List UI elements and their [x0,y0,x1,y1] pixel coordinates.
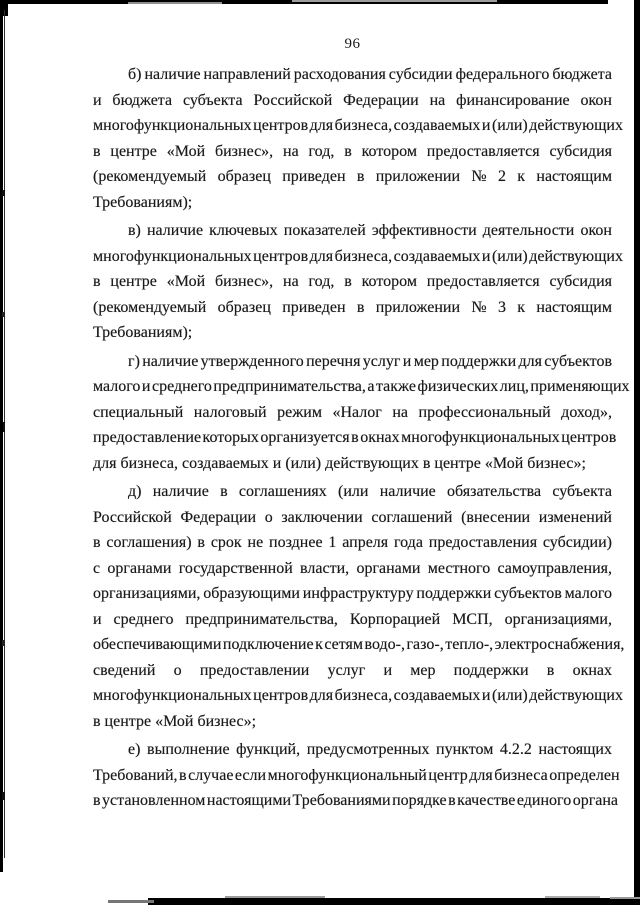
scan-artifact [108,900,154,903]
paragraph: г) наличие утвержденного перечня услуг и… [93,349,612,477]
scan-artifact [2,312,5,317]
text-line: в центре «Мой бизнес», на год, в котором… [93,269,612,295]
text-line: в соглашения) в срок не позднее 1 апреля… [93,530,612,556]
scan-artifact [2,190,5,196]
scan-artifact [545,896,600,898]
text-line: для бизнеса, создаваемых и (или) действу… [93,451,612,477]
text-line: специальный налоговый режим «Налог на пр… [93,400,612,426]
text-line: многофункциональных центров для бизнеса,… [93,683,612,709]
text-line: обеспечивающими подключение к сетям водо… [93,632,612,658]
document-content: б) наличие направлений расходования субс… [93,62,612,814]
text-line: и среднего предпринимательства, Корпорац… [93,607,612,633]
text-line: в центре «Мой бизнес», на год, в котором… [93,139,612,165]
scan-artifact [610,897,640,899]
text-line: многофункциональных центров для бизнеса,… [93,244,612,270]
text-line: в центре «Мой бизнес»; [93,709,612,735]
text-line: (рекомендуемый образец приведен в прилож… [93,295,612,321]
text-line: Требований, в случае если многофункциона… [93,763,612,789]
page-number: 96 [93,36,612,53]
text-line: многофункциональных центров для бизнеса,… [93,113,612,139]
scan-artifact [292,0,497,2]
scan-artifact [225,896,325,898]
scan-artifact [0,0,8,16]
scan-artifact [4,10,5,858]
text-line: б) наличие направлений расходования субс… [93,62,612,88]
paragraph: б) наличие направлений расходования субс… [93,62,612,215]
text-line: в установленном настоящими Требованиями … [93,788,612,814]
text-line: (рекомендуемый образец приведен в прилож… [93,164,612,190]
text-line: предоставление которых организуется в ок… [93,425,612,451]
text-line: Требованиям); [93,320,612,346]
text-line: е) выполнение функций, предусмотренных п… [93,737,612,763]
document-page: 96 б) наличие направлений расходования с… [0,0,640,905]
scan-artifact [3,422,5,432]
scan-artifact [2,792,5,800]
text-line: и бюджета субъекта Российской Федерации … [93,88,612,114]
paragraph: е) выполнение функций, предусмотренных п… [93,737,612,814]
text-line: Требованиям); [93,190,612,216]
scan-artifact [2,640,5,646]
scan-border-right [634,0,640,905]
text-line: г) наличие утвержденного перечня услуг и… [93,349,612,375]
text-line: с органами государственной власти, орган… [93,556,612,582]
text-line: малого и среднего предпринимательства, а… [93,374,612,400]
scan-border-bottom [148,898,640,905]
text-line: д) наличие в соглашениях (или наличие об… [93,479,612,505]
paragraph: д) наличие в соглашениях (или наличие об… [93,479,612,734]
scan-border-top [0,0,608,4]
scan-border-left [0,0,3,872]
text-line: в) наличие ключевых показателей эффектив… [93,218,612,244]
text-line: организациями, образующими инфраструктур… [93,581,612,607]
scan-artifact [128,2,222,4]
paragraph: в) наличие ключевых показателей эффектив… [93,218,612,346]
text-line: Российской Федерации о заключении соглаш… [93,505,612,531]
text-line: сведений о предоставлении услуг и мер по… [93,658,612,684]
